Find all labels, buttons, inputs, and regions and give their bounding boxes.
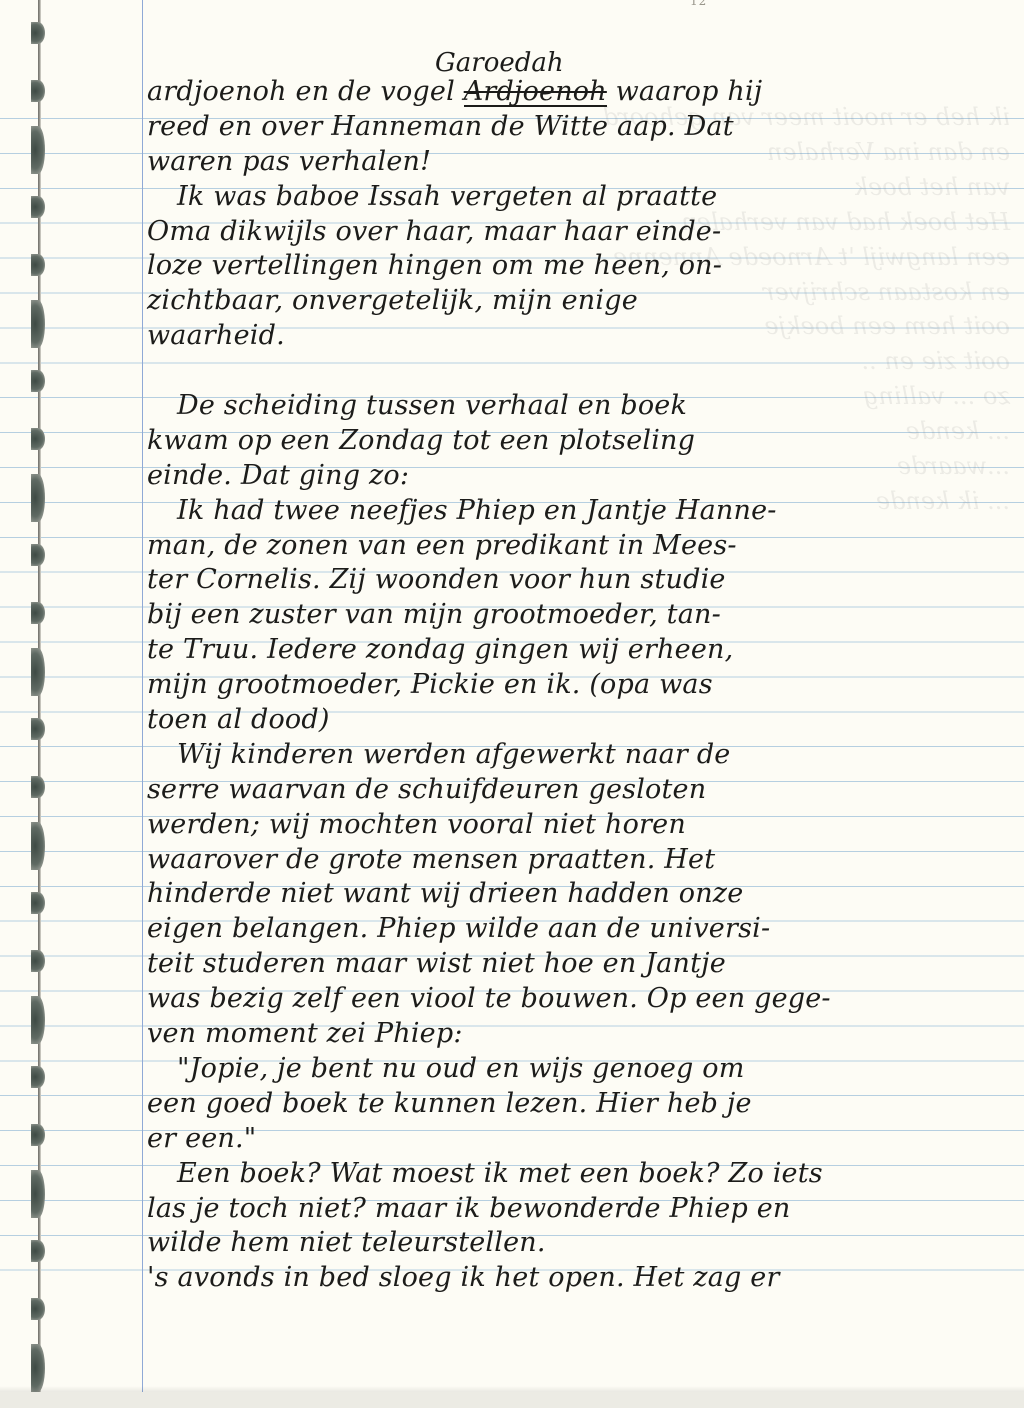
text-line: werden; wij mochten vooral niet horen	[147, 808, 1007, 843]
text-line: waren pas verhalen!	[147, 145, 1007, 180]
struck-word: Ardjoenoh	[464, 79, 607, 107]
text-line: zichtbaar, onvergetelijk, mijn enige	[147, 284, 1007, 319]
text-line: wilde hem niet teleurstellen.	[147, 1226, 1007, 1261]
text-line: een goed boek te kunnen lezen. Hier heb …	[147, 1087, 1007, 1122]
text-line: ven moment zei Phiep:	[147, 1017, 1007, 1052]
text-line: toen al dood)	[147, 703, 1007, 738]
spiral-hole	[31, 776, 45, 798]
text-line: einde. Dat ging zo:	[147, 459, 1007, 494]
notebook-page: 12 ik heb er nooit meer van gehoord en d…	[0, 0, 1024, 1392]
text-line: reed en over Hanneman de Witte aap. Dat	[147, 110, 1007, 145]
spiral-hole	[31, 1170, 45, 1218]
margin-line	[142, 0, 143, 1392]
spiral-hole	[31, 370, 45, 392]
text-line: man, de zonen van een predikant in Mees-	[147, 529, 1007, 564]
spiral-hole	[31, 254, 45, 276]
text-line: teit studeren maar wist niet hoe en Jant…	[147, 947, 1007, 982]
spiral-hole	[31, 1124, 45, 1146]
text-line: Een boek? Wat moest ik met een boek? Zo …	[147, 1157, 1007, 1192]
text-line: mijn grootmoeder, Pickie en ik. (opa was	[147, 668, 1007, 703]
text-line: er een."	[147, 1122, 1007, 1157]
spiral-hole	[31, 1066, 45, 1088]
text-line: De scheiding tussen verhaal en boek	[147, 389, 1007, 424]
text-line: waarheid.	[147, 319, 1007, 354]
spiral-hole	[31, 950, 45, 972]
text-line: "Jopie, je bent nu oud en wijs genoeg om	[147, 1052, 1007, 1087]
text-segment: waarop hij	[607, 76, 763, 107]
spiral-hole	[31, 1240, 45, 1262]
spiral-hole	[31, 892, 45, 914]
text-line: 's avonds in bed sloeg ik het open. Het …	[147, 1261, 1007, 1296]
text-line: Wij kinderen werden afgewerkt naar de	[147, 738, 1007, 773]
spiral-hole	[31, 300, 45, 348]
text-line: was bezig zelf een viool te bouwen. Op e…	[147, 982, 1007, 1017]
text-line: te Truu. Iedere zondag gingen wij erheen…	[147, 633, 1007, 668]
text-line: Ik had twee neefjes Phiep en Jantje Hann…	[147, 494, 1007, 529]
spiral-hole	[31, 126, 45, 174]
inserted-correction: Garoedah	[435, 48, 564, 78]
spiral-hole	[31, 602, 45, 624]
spiral-hole	[31, 996, 45, 1044]
text-line: Ik was baboe Issah vergeten al praatte	[147, 180, 1007, 215]
text-line: loze vertellingen hingen om me heen, on-	[147, 249, 1007, 284]
page-number-fragment: 12	[690, 0, 707, 8]
text-line: kwam op een Zondag tot een plotseling	[147, 424, 1007, 459]
handwritten-text: ardjoenoh en de vogel Ardjoenoh waarop h…	[147, 75, 1007, 1296]
text-line: Oma dikwijls over haar, maar haar einde-	[147, 215, 1007, 250]
spiral-hole	[31, 1344, 45, 1392]
text-line: serre waarvan de schuifdeuren gesloten	[147, 773, 1007, 808]
spiral-hole	[31, 648, 45, 696]
text-line: las je toch niet? maar ik bewonderde Phi…	[147, 1192, 1007, 1227]
spiral-hole	[31, 822, 45, 870]
spiral-hole	[31, 80, 45, 102]
spiral-hole	[31, 428, 45, 450]
spiral-hole	[31, 196, 45, 218]
text-line: bij een zuster van mijn grootmoeder, tan…	[147, 598, 1007, 633]
spiral-hole	[31, 544, 45, 566]
text-line: hinderde niet want wij drieen hadden onz…	[147, 877, 1007, 912]
spiral-hole	[31, 22, 45, 44]
text-line: waarover de grote mensen praatten. Het	[147, 843, 1007, 878]
text-line	[147, 354, 1007, 389]
text-line: eigen belangen. Phiep wilde aan de unive…	[147, 912, 1007, 947]
scan-background	[0, 1392, 1024, 1408]
text-line: ardjoenoh en de vogel Ardjoenoh waarop h…	[147, 75, 1007, 110]
text-segment: ardjoenoh en de vogel	[147, 76, 464, 107]
spiral-hole	[31, 474, 45, 522]
text-line: ter Cornelis. Zij woonden voor hun studi…	[147, 563, 1007, 598]
spiral-hole	[31, 1298, 45, 1320]
spiral-hole	[31, 718, 45, 740]
